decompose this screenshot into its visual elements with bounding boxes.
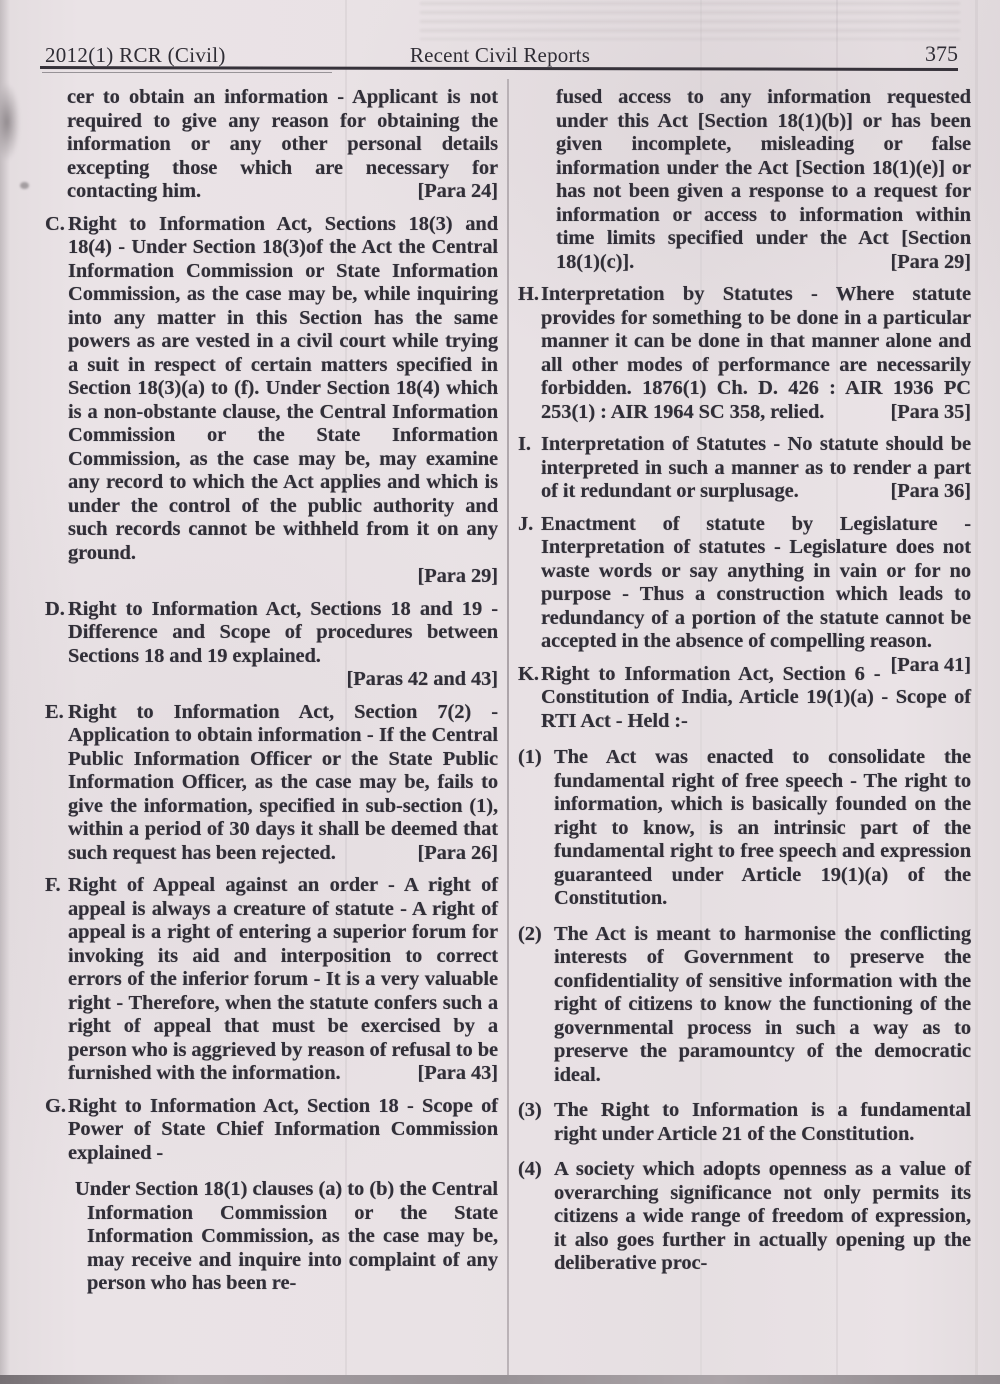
column-divider (507, 79, 509, 1377)
section-label: H. (518, 283, 539, 307)
headnote-section-e: E. Right to Information Act, Section 7(2… (45, 701, 498, 866)
header-title: Recent Civil Reports (0, 43, 1000, 68)
section-text: Right of Appeal against an order - A rig… (68, 874, 498, 1084)
item-label: (1) (518, 746, 542, 770)
item-label: (3) (518, 1099, 542, 1123)
header-rule-echo (42, 72, 332, 73)
scan-bottom-edge (0, 1375, 1000, 1384)
headnote-section-j: J. Enactment of statute by Legislature -… (518, 513, 971, 654)
section-text: Right to Information Act, Sections 18(3)… (68, 213, 498, 564)
section-label: C. (45, 213, 65, 237)
ink-smudge (0, 83, 20, 161)
para-ref: [Paras 42 and 43] (68, 668, 498, 692)
section-label: K. (518, 663, 539, 687)
ink-bleedthrough (420, 2, 960, 40)
right-column: fused access to any information requeste… (518, 86, 971, 1288)
section-text: Right to Information Act, Section 18 - S… (68, 1095, 498, 1164)
headnote-continuation: fused access to any information requeste… (518, 86, 971, 274)
headnote-section-h: H. Interpretation by Statutes - Where st… (518, 283, 971, 424)
section-label: I. (518, 433, 531, 457)
item-label: (2) (518, 923, 542, 947)
headnote-section-c: C. Right to Information Act, Sections 18… (45, 213, 498, 589)
header-rule (40, 66, 958, 71)
section-label: J. (518, 513, 533, 537)
headnote-section-k: K. Right to Information Act, Section 6 -… (518, 663, 971, 734)
section-text: Right to Information Act, Section 7(2) -… (68, 701, 498, 864)
para-ref: [Para 29] (68, 565, 498, 589)
section-text: Under Section 18(1) clauses (a) to (b) t… (75, 1178, 498, 1294)
headnote-section-d: D. Right to Information Act, Sections 18… (45, 598, 498, 692)
section-text: Right to Information Act, Sections 18 an… (68, 598, 498, 667)
section-text: The Right to Information is a fundamenta… (554, 1099, 971, 1145)
para-ref: [Para 29] (881, 251, 972, 275)
para-ref: [Para 36] (881, 480, 972, 504)
section-label: E. (45, 701, 64, 725)
scan-bottom-corner-shadow (0, 1368, 90, 1384)
scanned-page: 2012(1) RCR (Civil) Recent Civil Reports… (0, 0, 1000, 1384)
section-label: F. (45, 874, 61, 898)
scan-streak (975, 0, 978, 1384)
ink-smudge (70, 558, 75, 563)
section-label: G. (45, 1095, 66, 1119)
section-text: fused access to any information requeste… (556, 86, 971, 273)
held-item-2: (2) The Act is meant to harmonise the co… (518, 923, 971, 1088)
headnote-section-f: F. Right of Appeal against an order - A … (45, 874, 498, 1086)
held-item-3: (3) The Right to Information is a fundam… (518, 1099, 971, 1146)
section-label: D. (45, 598, 65, 622)
held-item-4: (4) A society which adopts openness as a… (518, 1158, 971, 1276)
ink-smudge (20, 182, 29, 189)
section-text: The Act was enacted to consolidate the f… (554, 746, 971, 909)
headnote-subparagraph: Under Section 18(1) clauses (a) to (b) t… (45, 1178, 498, 1296)
headnote-section-g: G. Right to Information Act, Section 18 … (45, 1095, 498, 1166)
left-column: cer to obtain an information - Applicant… (45, 86, 498, 1308)
para-ref: [Para 43] (408, 1062, 499, 1086)
page-edge-shadow (0, 0, 10, 1384)
page-number: 375 (925, 41, 958, 67)
headnote-continuation: cer to obtain an information - Applicant… (45, 86, 498, 204)
section-text: Enactment of statute by Legislature - In… (541, 513, 971, 653)
para-ref: [Para 26] (408, 842, 499, 866)
para-ref: [Para 24] (408, 180, 499, 204)
section-text: The Act is meant to harmonise the confli… (554, 923, 971, 1086)
para-ref: [Para 35] (881, 401, 972, 425)
section-text: Right to Information Act, Section 6 - Co… (541, 663, 971, 732)
headnote-section-i: I. Interpretation of Statutes - No statu… (518, 433, 971, 504)
held-item-1: (1) The Act was enacted to consolidate t… (518, 746, 971, 911)
item-label: (4) (518, 1158, 542, 1182)
section-text: A society which adopts openness as a val… (554, 1158, 971, 1274)
